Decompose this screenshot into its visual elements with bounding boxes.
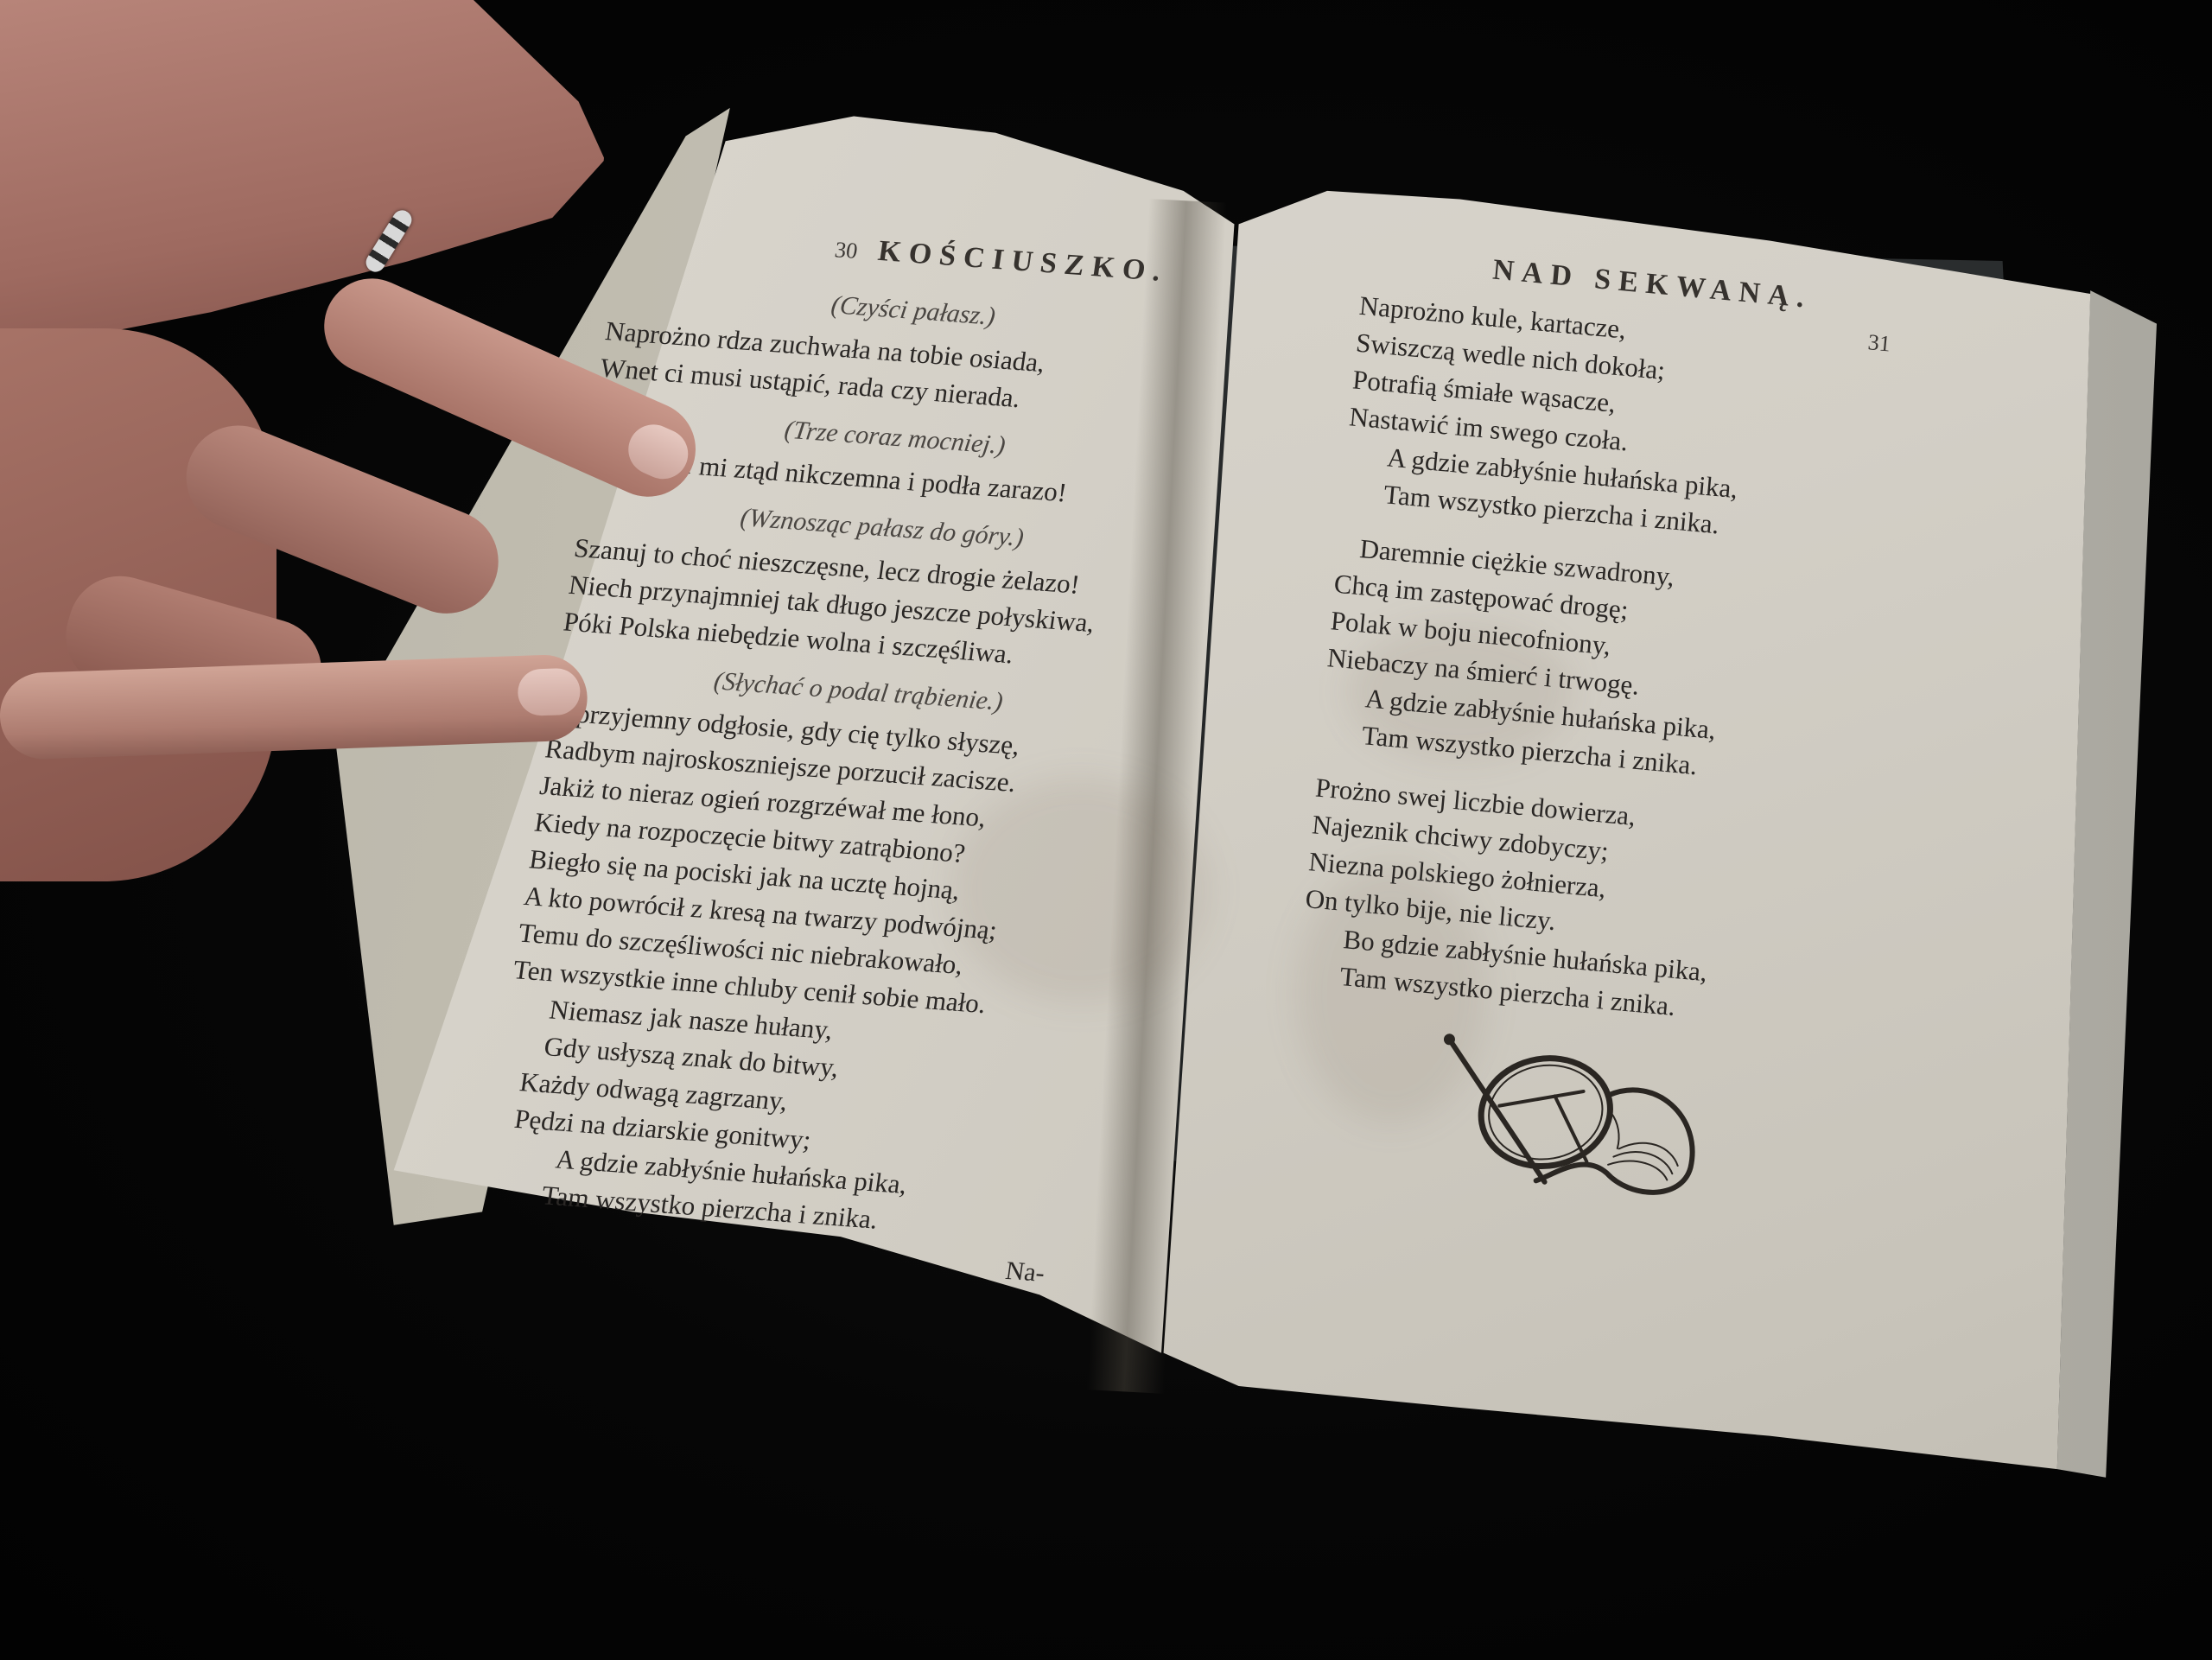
fingernail — [517, 668, 581, 716]
right-page-text: NAD SEKWANĄ. 31 Naprożno kule, kartacze,… — [1297, 242, 1898, 1040]
page-number: 30 — [833, 237, 859, 264]
fingernail — [620, 417, 696, 487]
page-number: 31 — [1867, 329, 1892, 357]
